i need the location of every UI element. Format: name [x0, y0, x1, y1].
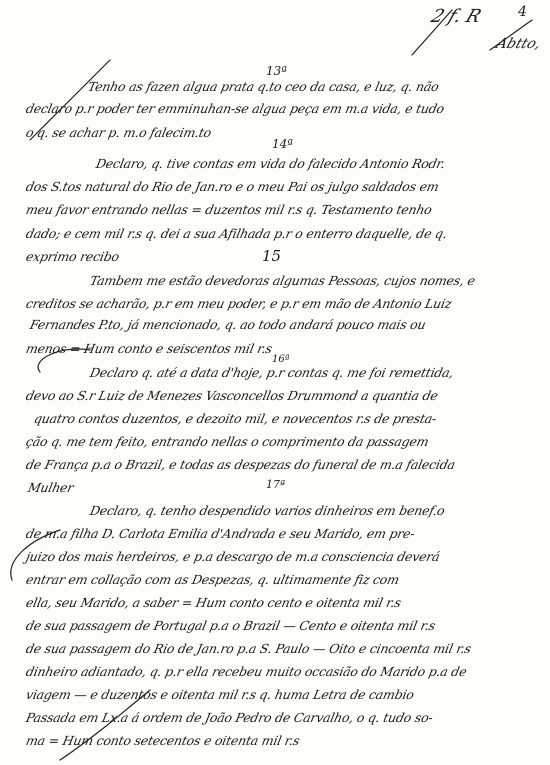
section-number: 13ª — [266, 64, 287, 78]
section-line: dinheiro adiantado, q. p.r ella recebeu … — [25, 666, 468, 679]
manuscript-page: 2 f. R 4 Abtto, 13ª Tenho as fazen algua… — [0, 0, 550, 765]
section-line: dos S.tos natural do Rio de Jan.ro e o m… — [25, 181, 440, 194]
section-number: 17ª — [266, 478, 285, 491]
section-line: menos = Hum conto e seiscentos mil r.s — [25, 343, 273, 356]
section-line: Tambem me estão devedoras algumas Pessoa… — [89, 275, 476, 288]
section-line: de m.a filha D. Carlota Emilia d'Andrada… — [25, 528, 416, 541]
section-line: de sua passagem do Rio de Jan.ro p.a S. … — [25, 643, 472, 656]
section-line: devo ao S.r Luiz de Menezes Vasconcellos… — [25, 390, 439, 403]
section-line: Tenho as fazen algua prata q.to ceo da c… — [87, 81, 440, 94]
section-number: 16ª — [272, 354, 289, 365]
section-line: viagem — e duzentos e oitenta mil r.s q.… — [25, 689, 415, 702]
section-line: Fernandes P.to, já mencionado, q. ao tod… — [29, 319, 427, 332]
section-line: Declaro, q. tive contas em vida do falec… — [95, 158, 446, 171]
section-line: dado; e cem mil r.s q. dei a sua Afilhad… — [25, 228, 448, 241]
section-line: entrar em collação com as Despezas, q. u… — [25, 574, 400, 587]
section-line: exprimo recibo — [25, 251, 121, 264]
section-line: Declaro q. até a data d'hoje, p.r contas… — [89, 367, 455, 380]
page-number: 4 — [518, 4, 527, 20]
page-annotation: Abtto, — [494, 36, 543, 52]
section-line: Passada em Lx.a á ordem de João Pedro de… — [25, 712, 434, 725]
section-number: 14ª — [272, 137, 293, 151]
section-line: ção q. me tem feito, entrando nellas o c… — [25, 436, 430, 449]
folio-mark: 2 f. R — [428, 6, 484, 27]
section-line: declaro p.r poder ter emminuhan-se algua… — [25, 103, 446, 116]
section-line: de França p.a o Brazil, e todas as despe… — [25, 459, 456, 472]
section-number: 15 — [262, 247, 281, 265]
section-line: o q. se achar p. m.o falecim.to — [25, 127, 213, 140]
section-line: meu favor entrando nellas = duzentos mil… — [25, 204, 433, 217]
section-line: juizo dos mais herdeiros, e p.a descargo… — [25, 551, 441, 564]
section-line: Declaro, q. tenho despendido varios dinh… — [89, 505, 446, 518]
section-line: de sua passagem de Portugal p.a o Brazil… — [25, 620, 437, 633]
section-line: ella, seu Marido, a saber = Hum conto ce… — [25, 597, 402, 610]
section-line: quatro contos duzentos, e dezoito mil, e… — [33, 413, 438, 426]
section-line: Mulher — [27, 482, 75, 495]
section-line: creditos se acharão, p.r em meu poder, e… — [25, 298, 453, 311]
section-line: ma = Hum conto setecentos e oitenta mil … — [25, 735, 301, 748]
